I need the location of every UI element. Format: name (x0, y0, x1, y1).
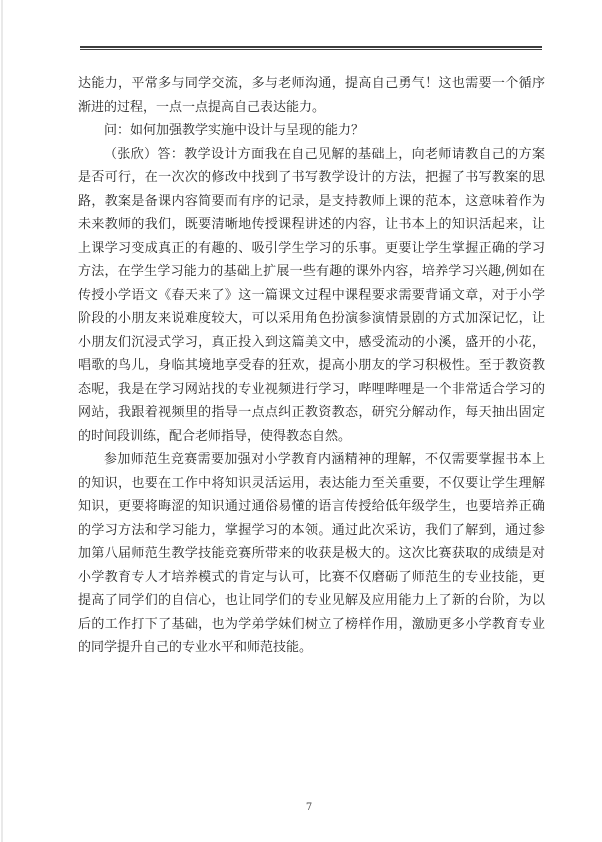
paragraph-closing: 参加师范生竞赛需要加强对小学教育内涵精神的理解，不仅需要掌握书本上的知识，也要在… (78, 448, 545, 660)
document-page: 达能力，平常多与同学交流，多与老师沟通，提高自己勇气！这也需要一个循序渐进的过程… (0, 0, 602, 842)
paragraph-continuation: 达能力，平常多与同学交流，多与老师沟通，提高自己勇气！这也需要一个循序渐进的过程… (78, 72, 545, 119)
document-body: 达能力，平常多与同学交流，多与老师沟通，提高自己勇气！这也需要一个循序渐进的过程… (78, 72, 545, 660)
page-footer: 7 (0, 795, 602, 814)
header-rule (80, 46, 542, 50)
page-left-edge (1, 0, 3, 842)
paragraph-question: 问：如何加强教学实施中设计与呈现的能力？ (78, 119, 545, 143)
page-number: 7 (306, 802, 312, 813)
paragraph-answer: （张欣）答：教学设计方面我在自己见解的基础上，向老师请教自己的方案是否可行，在一… (78, 143, 545, 449)
